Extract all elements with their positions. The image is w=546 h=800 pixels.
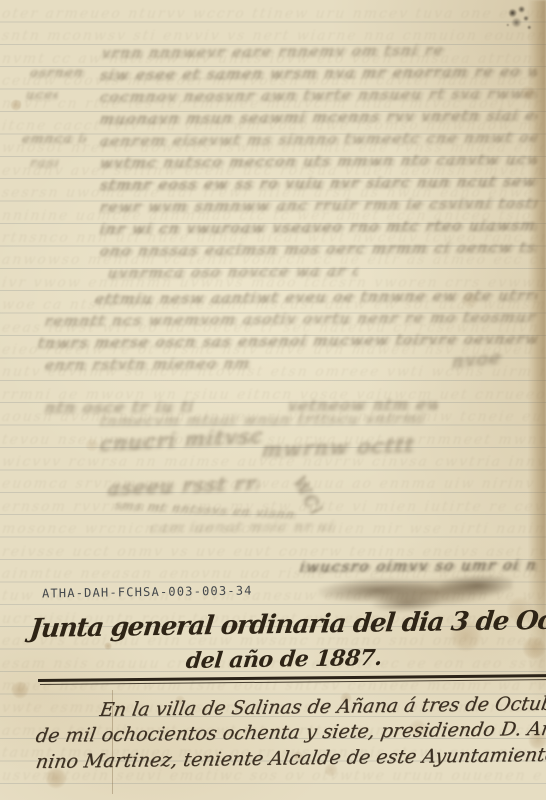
paper-stain: [85, 438, 99, 452]
paper-stain: [11, 681, 29, 699]
paper-stain: [10, 99, 22, 111]
heading-line-2: del año de 1887.: [185, 645, 384, 674]
ink-smudge-page-corner: [503, 4, 535, 34]
paper-stain: [104, 642, 112, 650]
archive-reference-code: ATHA-DAH-FCHSA-003-003-34: [42, 584, 253, 601]
manuscript-page-scan: oter armeueo nturvv wccro ttinew uru nmc…: [0, 0, 546, 800]
paper-stain: [461, 291, 479, 309]
page-edge-shadow: [528, 0, 546, 710]
